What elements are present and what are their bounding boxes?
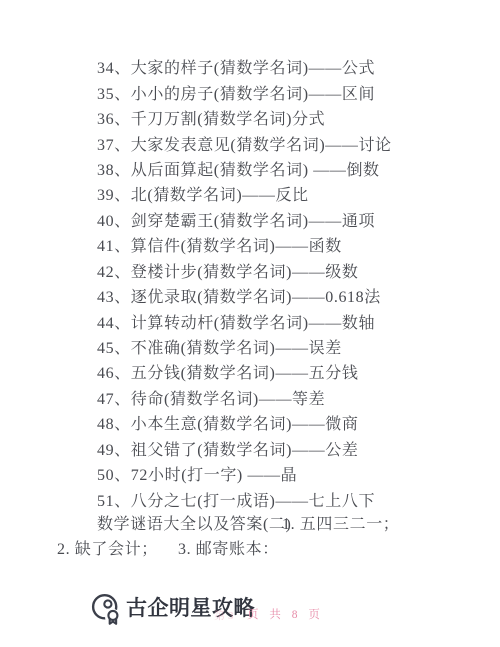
riddle-list: 34、大家的样子(猜数学名词)——公式35、小小的房子(猜数学名词)——区间36…: [97, 54, 487, 512]
riddle-line: 44、计算转动杆(猜数学名词)——数轴: [97, 308, 487, 333]
page-info-text: 页 共 8 页: [247, 606, 324, 622]
page-number-faint: 第3: [214, 607, 237, 623]
medal-disc-icon: [90, 591, 123, 633]
riddle-line: 39、北(猜数学名词)——反比: [97, 181, 487, 206]
riddle-line: 40、剑穿楚霸王(猜数学名词)——通项: [97, 207, 487, 232]
document-page: 34、大家的样子(猜数学名词)——公式35、小小的房子(猜数学名词)——区间36…: [0, 0, 500, 647]
riddle-line: 46、五分钱(猜数学名词)——五分钱: [97, 359, 487, 384]
riddle-line: 43、逐优录取(猜数学名词)——0.618法: [97, 283, 487, 308]
riddle-line: 49、祖父错了(猜数学名词)——公差: [97, 436, 487, 461]
riddle-line: 51、八分之七(打一成语)——七上八下: [97, 486, 487, 511]
riddle-line: 45、不准确(猜数学名词)——误差: [97, 334, 487, 359]
answer-item-3: 3. 邮寄账本：: [178, 537, 279, 562]
riddle-line: 42、登楼计步(猜数学名词)——级数: [97, 258, 487, 283]
riddle-line: 34、大家的样子(猜数学名词)——公式: [97, 54, 487, 79]
riddle-line: 41、算信件(猜数学名词)——函数: [97, 232, 487, 257]
riddle-line: 37、大家发表意见(猜数学名词)——讨论: [97, 130, 487, 155]
riddle-line: 36、千刀万割(猜数学名词)分式: [97, 105, 487, 130]
riddle-line: 47、待命(猜数学名词)——等差: [97, 385, 487, 410]
answer-item-2: 2. 缺了会计；: [57, 537, 158, 562]
footer-watermark: 古企明星攻略 第3 页 共 8 页: [0, 585, 500, 635]
riddle-line: 48、小本生意(猜数学名词)——微商: [97, 410, 487, 435]
riddle-line: 35、小小的房子(猜数学名词)——区间: [97, 79, 487, 104]
riddle-line: 50、72小时(打一字) ——晶: [97, 461, 487, 486]
section-title: 数学谜语大全以及答案(二): [97, 512, 291, 537]
answer-item-1: 1. 五四三二一；: [282, 512, 399, 537]
riddle-line: 38、从后面算起(猜数学名词) ——倒数: [97, 156, 487, 181]
